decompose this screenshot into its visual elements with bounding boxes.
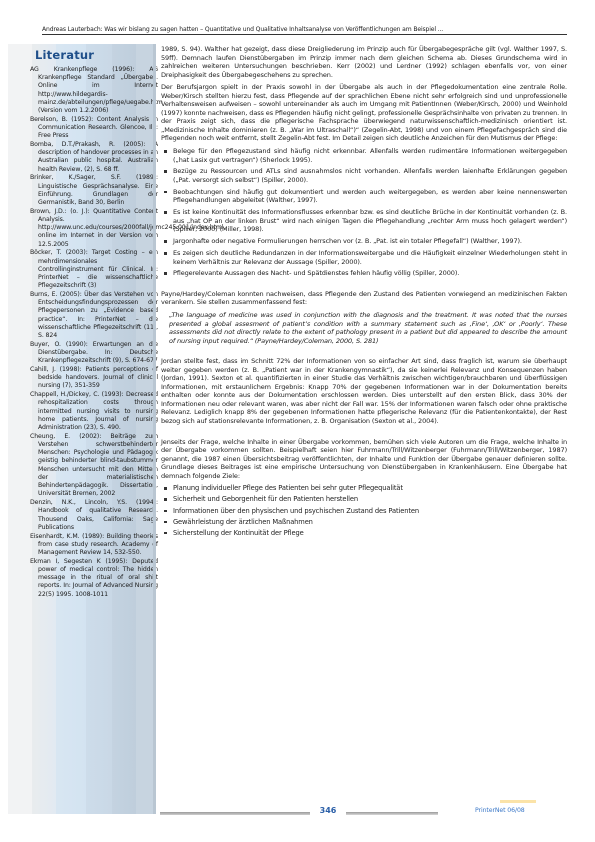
bullet-item: Gewährleistung der ärztlichen Maßnahmen	[161, 518, 567, 527]
running-head: Andreas Lauterbach: Was wir bislang zu s…	[42, 26, 567, 35]
bullet-item: Beobachtungen sind häufig gut dokumentie…	[161, 188, 567, 205]
paragraph: Payne/Hardey/Coleman konnten nachweisen,…	[161, 290, 567, 307]
reference-list: AG Krankenpflege (1996): AG Krankenpfleg…	[30, 66, 158, 599]
footer-divider	[160, 812, 310, 815]
reference-item: Brinker, K./Sager, S.F. (1989): Linguist…	[30, 174, 158, 207]
bullet-item: Es ist keine Kontinuität des Information…	[161, 208, 567, 234]
bullet-item: Belege für den Pflegezustand sind häufig…	[161, 147, 567, 164]
reference-item: AG Krankenpflege (1996): AG Krankenpfleg…	[30, 66, 158, 115]
page-number: 346	[310, 806, 346, 815]
bullet-item: Bezüge zu Ressourcen und ATLs sind ausna…	[161, 167, 567, 184]
reference-item: Berelson, B. (1952): Content Analysis in…	[30, 116, 158, 141]
bullet-item: Es zeigen sich deutliche Redundanzen in …	[161, 249, 567, 266]
references-heading: Literatur	[35, 48, 94, 62]
bullet-item: Jargonhafte oder negative Formulierungen…	[161, 237, 567, 246]
reference-item: Böcker, T. (2003): Target Costing – ein …	[30, 249, 158, 290]
bullet-item: Planung individueller Pflege des Patient…	[161, 484, 567, 493]
paragraph: Jenseits der Frage, welche Inhalte in ei…	[161, 438, 567, 481]
reference-item: Burns, E. (2005): Über das Verstehen von…	[30, 291, 158, 340]
footer-divider	[346, 812, 438, 815]
paragraph: Der Berufsjargon spielt in der Praxis so…	[161, 83, 567, 143]
journal-accent-bar	[500, 800, 536, 803]
references-sidebar: Literatur AG Krankenpflege (1996): AG Kr…	[8, 44, 156, 814]
reference-item: Denzin, N.K., Lincoln, Y.S. (1994): Hand…	[30, 499, 158, 532]
reference-item: Cheung, E. (2002): Beiträge zum Verstehe…	[30, 433, 158, 499]
journal-name: PrinterNet 06/08	[475, 807, 525, 814]
reference-item: Chappell, H./Dickey, C. (1993): Decrease…	[30, 391, 158, 432]
paragraph: Jordan stellte fest, dass im Schnitt 72%…	[161, 357, 567, 425]
goals-bullet-list: Planung individueller Pflege des Patient…	[161, 484, 567, 537]
reference-item: Eisenhardt, K.M. (1989): Building theori…	[30, 533, 158, 558]
reference-item: Brown, J.D.: (o. J.): Quantitative Conte…	[30, 208, 158, 249]
findings-bullet-list: Belege für den Pflegezustand sind häufig…	[161, 147, 567, 278]
main-text-column: 1989, S. 94). Walther hat gezeigt, dass …	[161, 45, 567, 541]
reference-item: Ekman I, Segesten K (1995): Deputed powe…	[30, 558, 158, 599]
bullet-item: Sicherstellung der Kontinuität der Pfleg…	[161, 529, 567, 538]
paragraph: 1989, S. 94). Walther hat gezeigt, dass …	[161, 45, 567, 79]
bullet-item: Pflegerelevante Aussagen des Nacht- und …	[161, 269, 567, 278]
reference-item: Buyer, O. (1990): Erwartungen an die Die…	[30, 341, 158, 366]
reference-item: Bomba, D.T./Prakash, R. (2005): A descri…	[30, 141, 158, 174]
bullet-item: Sicherheit und Geborgenheit für den Pati…	[161, 495, 567, 504]
block-quote: „The language of medicine was used in co…	[161, 311, 567, 345]
bullet-item: Informationen über den physischen und ps…	[161, 507, 567, 516]
reference-item: Cahill, J. (1998): Patients perceptions …	[30, 366, 158, 391]
